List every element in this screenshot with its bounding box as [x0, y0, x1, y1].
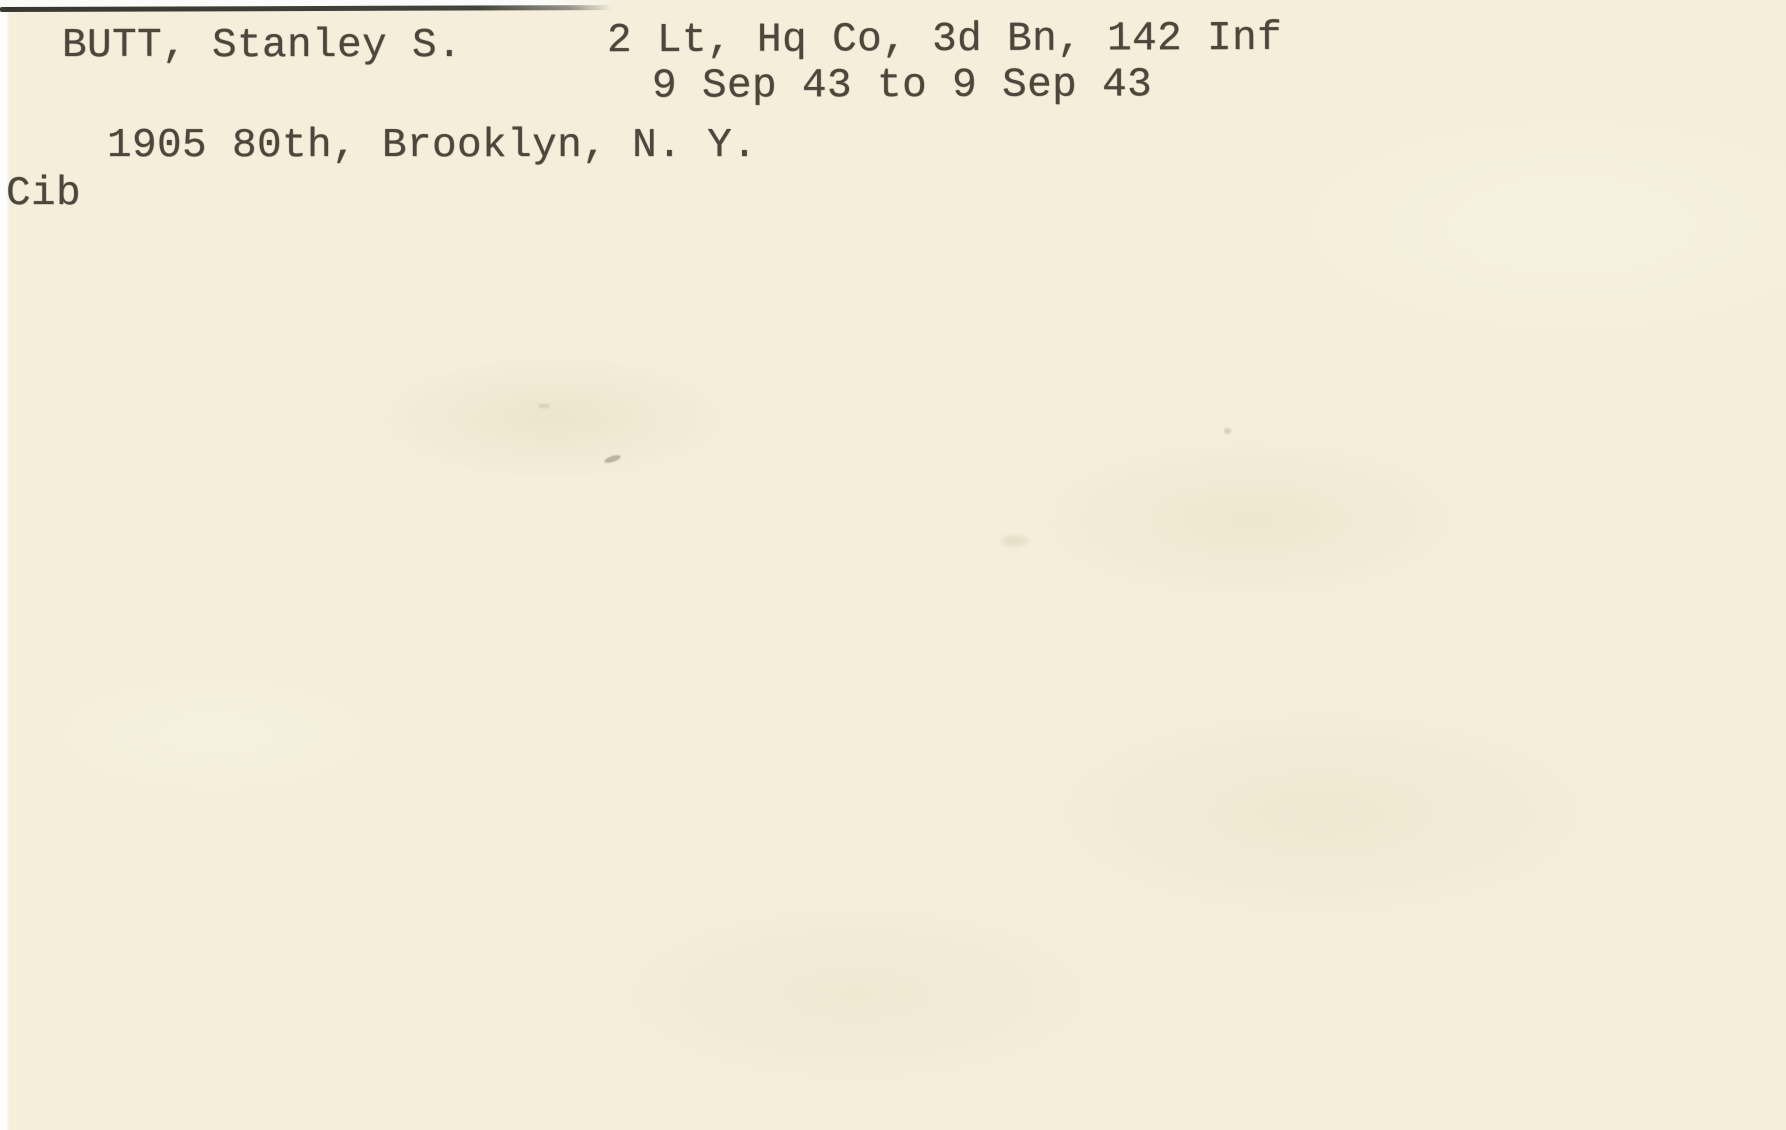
service-dates-text: 9 Sep 43 to 9 Sep 43: [652, 61, 1152, 110]
award-notation-text: Cib: [6, 170, 81, 218]
paper-smudge: [603, 454, 621, 465]
soldier-name-text: BUTT, Stanley S.: [62, 22, 462, 70]
paper-smudge: [1002, 536, 1028, 546]
paper-smudge: [1224, 428, 1231, 434]
address-text: 1905 80th, Brooklyn, N. Y.: [107, 122, 757, 170]
index-card-scan: BUTT, Stanley S. 2 Lt, Hq Co, 3d Bn, 142…: [0, 0, 1786, 1130]
rank-unit-text: 2 Lt, Hq Co, 3d Bn, 142 Inf: [607, 15, 1282, 65]
paper-smudge: [538, 404, 550, 408]
card-top-edge-line: [0, 5, 612, 12]
